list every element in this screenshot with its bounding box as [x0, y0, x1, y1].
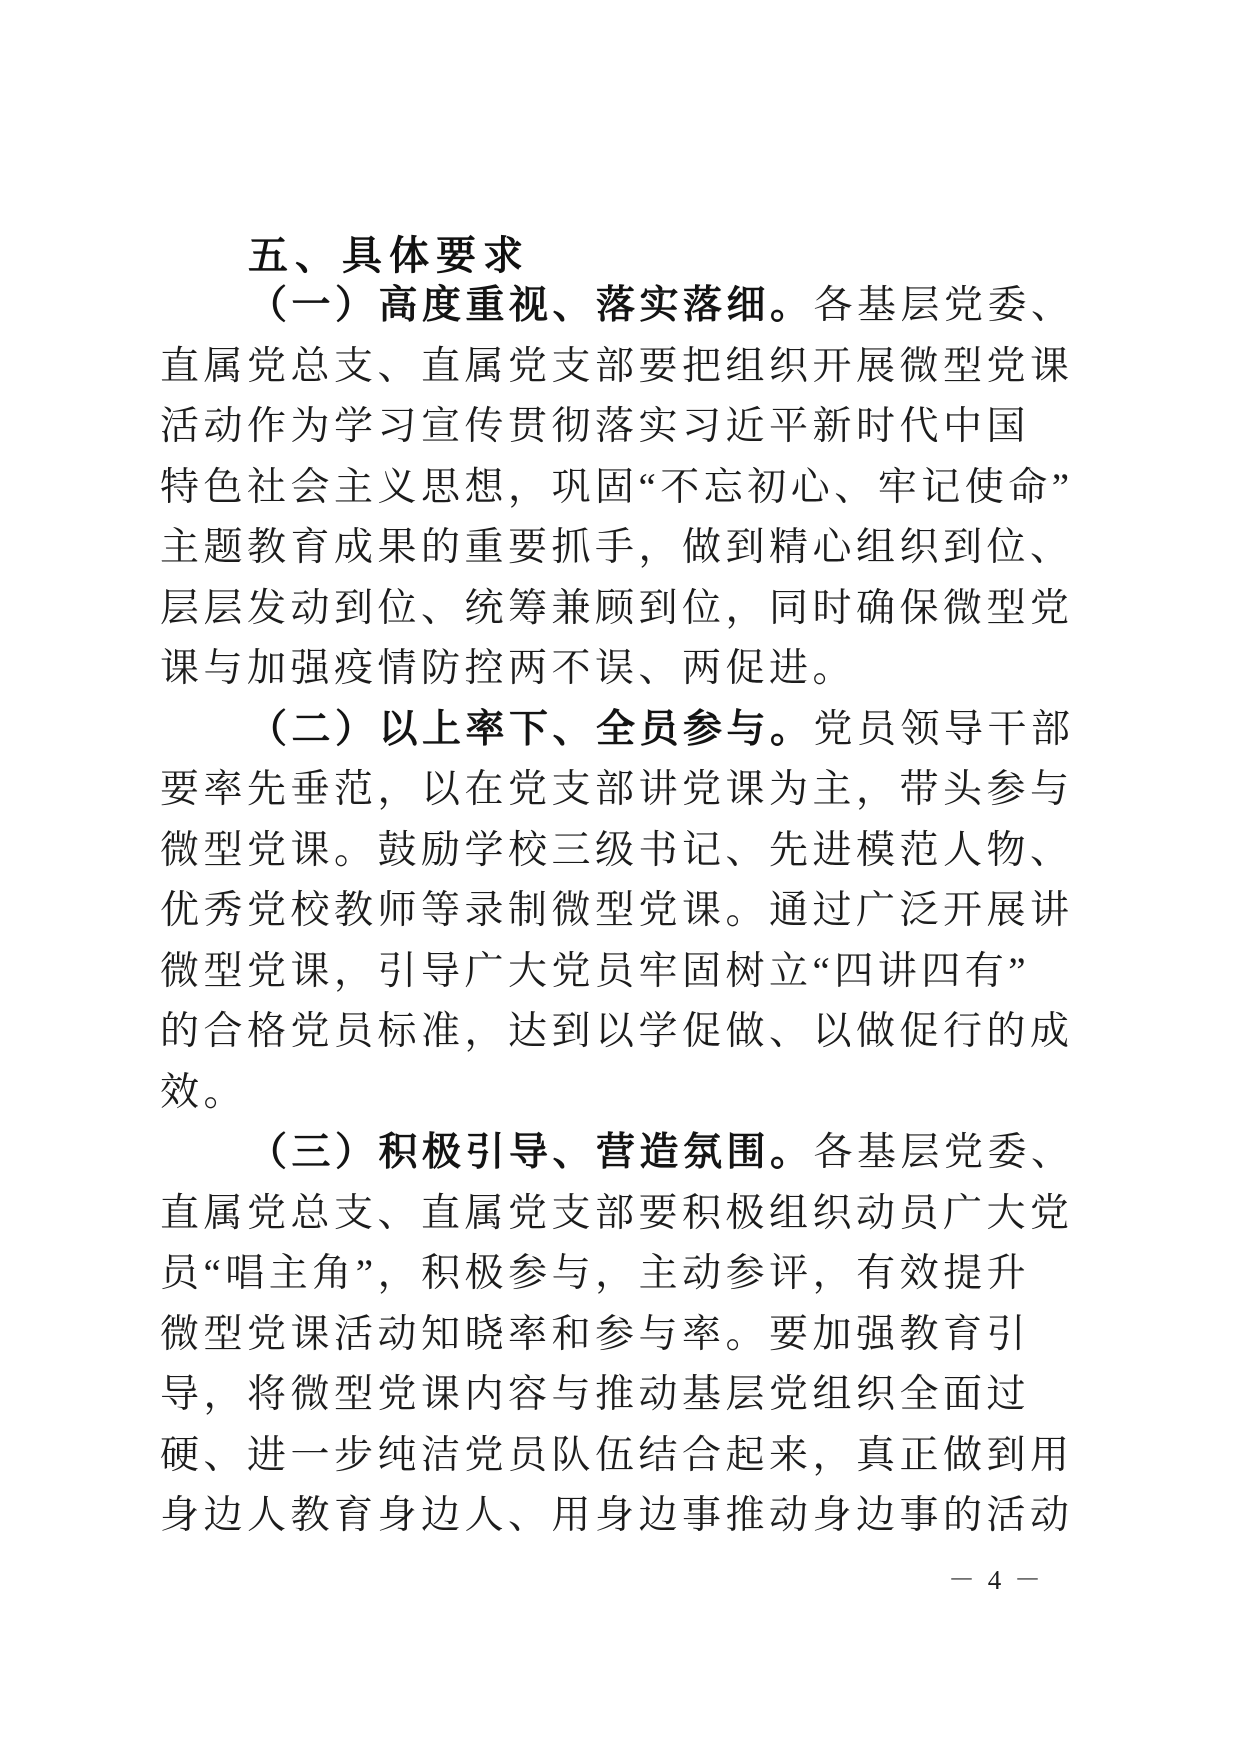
paragraph-text: 微型党课。鼓励学校三级书记、先进模范人物、 — [160, 829, 1074, 872]
paragraph-text: 特色社会主义思想，巩固“不忘初心、牢记使命” — [160, 466, 1074, 509]
paragraph-text: 微型党课，引导广大党员牢固树立“四讲四有” — [160, 950, 1030, 993]
document-page: 五、具体要求 （一）高度重视、落实落细。各基层党委、直属党总支、直属党支部要把组… — [0, 0, 1240, 1754]
text-line: 层层发动到位、统筹兼顾到位，同时确保微型党 — [160, 579, 1090, 640]
text-line: （三）积极引导、营造氛围。各基层党委、 — [160, 1123, 1090, 1184]
text-line: （一）高度重视、落实落细。各基层党委、 — [160, 276, 1090, 337]
paragraph-text: 要率先垂范，以在党支部讲党课为主，带头参与 — [160, 768, 1074, 811]
paragraph-text: 直属党总支、直属党支部要积极组织动员广大党 — [160, 1192, 1074, 1235]
text-line: 活动作为学习宣传贯彻落实习近平新时代中国 — [160, 397, 1090, 458]
paragraph-text: 主题教育成果的重要抓手，做到精心组织到位、 — [160, 526, 1074, 569]
text-line: 的合格党员标准，达到以学促做、以做促行的成 — [160, 1002, 1090, 1063]
paragraph-text: 的合格党员标准，达到以学促做、以做促行的成 — [160, 1010, 1074, 1053]
paragraph-text: 党员领导干部 — [814, 708, 1075, 751]
paragraph-text: 导，将微型党课内容与推动基层党组织全面过 — [160, 1373, 1030, 1416]
text-line: 课与加强疫情防控两不误、两促进。 — [160, 639, 1090, 700]
text-line: 员“唱主角”，积极参与，主动参评，有效提升 — [160, 1244, 1090, 1305]
paragraph-text: 效。 — [160, 1071, 247, 1114]
text-line: 要率先垂范，以在党支部讲党课为主，带头参与 — [160, 760, 1090, 821]
paragraph-lead: （三）积极引导、营造氛围。 — [248, 1131, 814, 1174]
paragraph-lead: （二）以上率下、全员参与。 — [248, 708, 814, 751]
text-line: 微型党课活动知晓率和参与率。要加强教育引 — [160, 1305, 1090, 1366]
paragraph-text: 微型党课活动知晓率和参与率。要加强教育引 — [160, 1313, 1030, 1356]
document-body: （一）高度重视、落实落细。各基层党委、直属党总支、直属党支部要把组织开展微型党课… — [160, 276, 1090, 1547]
paragraph-lead: （一）高度重视、落实落细。 — [248, 284, 814, 327]
text-line: 微型党课，引导广大党员牢固树立“四讲四有” — [160, 942, 1090, 1003]
text-line: 效。 — [160, 1063, 1090, 1124]
paragraph-text: 身边人教育身边人、用身边事推动身边事的活动 — [160, 1494, 1074, 1537]
paragraph-text: 各基层党委、 — [814, 1131, 1075, 1174]
paragraph-text: 层层发动到位、统筹兼顾到位，同时确保微型党 — [160, 587, 1074, 630]
paragraph-text: 课与加强疫情防控两不误、两促进。 — [160, 647, 856, 690]
section-heading: 五、具体要求 — [248, 234, 530, 278]
page-number: － 4 － — [948, 1562, 1044, 1598]
text-line: 优秀党校教师等录制微型党课。通过广泛开展讲 — [160, 881, 1090, 942]
text-line: 导，将微型党课内容与推动基层党组织全面过 — [160, 1365, 1090, 1426]
text-line: 硬、进一步纯洁党员队伍结合起来，真正做到用 — [160, 1426, 1090, 1487]
text-line: 主题教育成果的重要抓手，做到精心组织到位、 — [160, 518, 1090, 579]
paragraph-text: 直属党总支、直属党支部要把组织开展微型党课 — [160, 345, 1074, 388]
text-line: 微型党课。鼓励学校三级书记、先进模范人物、 — [160, 821, 1090, 882]
text-line: 身边人教育身边人、用身边事推动身边事的活动 — [160, 1486, 1090, 1547]
paragraph-text: 员“唱主角”，积极参与，主动参评，有效提升 — [160, 1252, 1030, 1295]
paragraph-text: 各基层党委、 — [814, 284, 1075, 327]
text-line: 直属党总支、直属党支部要把组织开展微型党课 — [160, 337, 1090, 398]
text-line: 直属党总支、直属党支部要积极组织动员广大党 — [160, 1184, 1090, 1245]
paragraph-text: 硬、进一步纯洁党员队伍结合起来，真正做到用 — [160, 1434, 1074, 1477]
text-line: 特色社会主义思想，巩固“不忘初心、牢记使命” — [160, 458, 1090, 519]
paragraph-text: 优秀党校教师等录制微型党课。通过广泛开展讲 — [160, 889, 1074, 932]
text-line: （二）以上率下、全员参与。党员领导干部 — [160, 700, 1090, 761]
paragraph-text: 活动作为学习宣传贯彻落实习近平新时代中国 — [160, 405, 1030, 448]
